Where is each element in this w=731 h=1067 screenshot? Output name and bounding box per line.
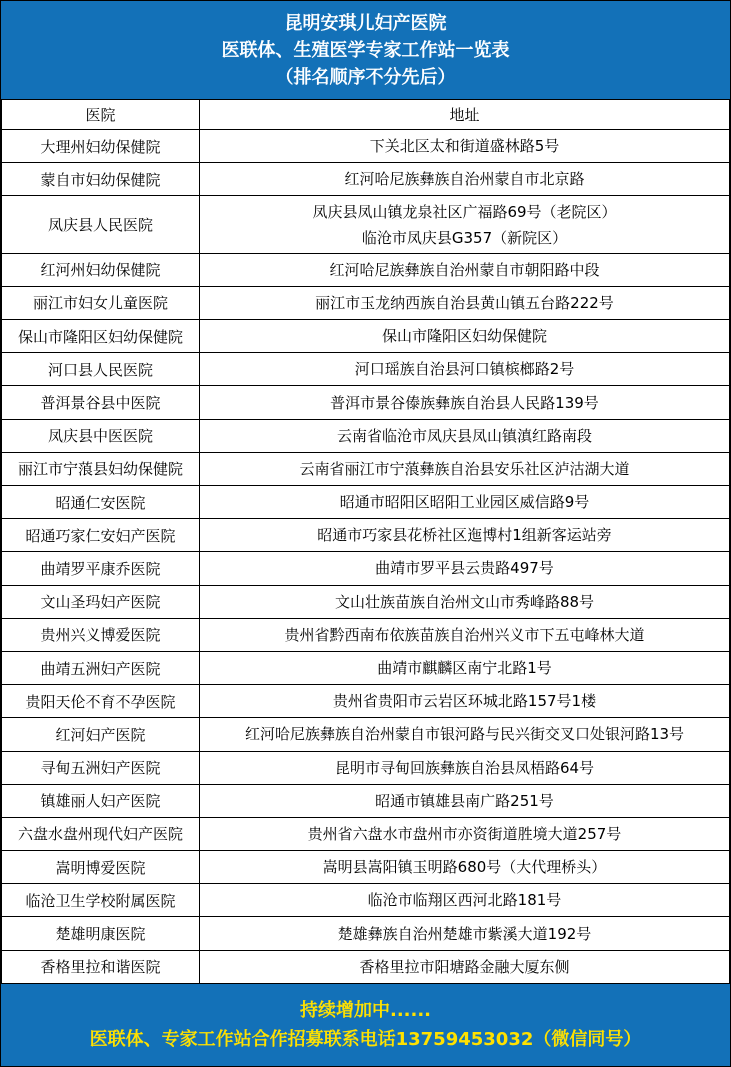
table-row: 楚雄明康医院楚雄彝族自治州楚雄市紫溪大道192号 xyxy=(2,917,730,950)
hospital-cell: 嵩明博爱医院 xyxy=(2,851,200,884)
address-cell: 红河哈尼族彝族自治州蒙自市银河路与民兴街交叉口处银河路13号 xyxy=(200,718,730,751)
hospital-cell: 蒙自市妇幼保健院 xyxy=(2,163,200,196)
table-row: 曲靖五洲妇产医院曲靖市麒麟区南宁北路1号 xyxy=(2,651,730,684)
hospital-cell: 红河州妇幼保健院 xyxy=(2,253,200,286)
column-header-address: 地址 xyxy=(200,100,730,130)
hospital-cell: 曲靖五洲妇产医院 xyxy=(2,651,200,684)
footer-line-2: 医联体、专家工作站合作招募联系电话13759453032（微信同号） xyxy=(1,1025,730,1054)
poster-title-line-2: 医联体、生殖医学专家工作站一览表 xyxy=(1,37,730,64)
address-cell: 普洱市景谷傣族彝族自治县人民路139号 xyxy=(200,386,730,419)
address-line: 香格里拉市阳塘路金融大厦东侧 xyxy=(204,954,725,980)
table-row: 嵩明博爱医院嵩明县嵩阳镇玉明路680号（大代理桥头） xyxy=(2,851,730,884)
hospital-cell: 文山圣玛妇产医院 xyxy=(2,585,200,618)
table-row: 凤庆县中医医院云南省临沧市凤庆县凤山镇滇红路南段 xyxy=(2,419,730,452)
table-row: 凤庆县人民医院凤庆县凤山镇龙泉社区广福路69号（老院区）临沧市凤庆县G357（新… xyxy=(2,196,730,253)
table-row: 曲靖罗平康乔医院曲靖市罗平县云贵路497号 xyxy=(2,552,730,585)
table-row: 文山圣玛妇产医院文山壮族苗族自治州文山市秀峰路88号 xyxy=(2,585,730,618)
address-line: 昭通市镇雄县南广路251号 xyxy=(204,788,725,814)
address-line: 红河哈尼族彝族自治州蒙自市朝阳路中段 xyxy=(204,257,725,283)
address-cell: 昭通市巧家县花桥社区迤博村1组新客运站旁 xyxy=(200,519,730,552)
address-line: 普洱市景谷傣族彝族自治县人民路139号 xyxy=(204,390,725,416)
hospital-cell: 香格里拉和谐医院 xyxy=(2,950,200,983)
address-line: 红河哈尼族彝族自治州蒙自市北京路 xyxy=(204,166,725,192)
address-line: 昭通市昭阳区昭阳工业园区威信路9号 xyxy=(204,489,725,515)
table-row: 红河州妇幼保健院红河哈尼族彝族自治州蒙自市朝阳路中段 xyxy=(2,253,730,286)
address-line: 昆明市寻甸回族彝族自治县凤梧路64号 xyxy=(204,755,725,781)
address-line: 河口瑶族自治县河口镇槟榔路2号 xyxy=(204,356,725,382)
hospital-cell: 保山市隆阳区妇幼保健院 xyxy=(2,320,200,353)
hospital-cell: 曲靖罗平康乔医院 xyxy=(2,552,200,585)
table-row: 贵州兴义博爱医院贵州省黔西南布依族苗族自治州兴义市下五屯峰林大道 xyxy=(2,618,730,651)
column-header-hospital: 医院 xyxy=(2,100,200,130)
table-row: 寻甸五洲妇产医院昆明市寻甸回族彝族自治县凤梧路64号 xyxy=(2,751,730,784)
poster-title-line-1: 昆明安琪儿妇产医院 xyxy=(1,10,730,37)
hospital-cell: 河口县人民医院 xyxy=(2,353,200,386)
table-header-row: 医院 地址 xyxy=(2,100,730,130)
hospital-cell: 普洱景谷县中医院 xyxy=(2,386,200,419)
address-line: 曲靖市麒麟区南宁北路1号 xyxy=(204,655,725,681)
table-body: 大理州妇幼保健院下关北区太和街道盛林路5号蒙自市妇幼保健院红河哈尼族彝族自治州蒙… xyxy=(2,130,730,984)
address-cell: 贵州省贵阳市云岩区环城北路157号1楼 xyxy=(200,685,730,718)
address-cell: 红河哈尼族彝族自治州蒙自市北京路 xyxy=(200,163,730,196)
address-line: 贵州省贵阳市云岩区环城北路157号1楼 xyxy=(204,688,725,714)
address-cell: 文山壮族苗族自治州文山市秀峰路88号 xyxy=(200,585,730,618)
address-line: 保山市隆阳区妇幼保健院 xyxy=(204,323,725,349)
address-line: 丽江市玉龙纳西族自治县黄山镇五台路222号 xyxy=(204,290,725,316)
address-cell: 贵州省黔西南布依族苗族自治州兴义市下五屯峰林大道 xyxy=(200,618,730,651)
hospital-cell: 红河妇产医院 xyxy=(2,718,200,751)
address-line: 贵州省黔西南布依族苗族自治州兴义市下五屯峰林大道 xyxy=(204,622,725,648)
table-row: 丽江市妇女儿童医院丽江市玉龙纳西族自治县黄山镇五台路222号 xyxy=(2,286,730,319)
address-cell: 嵩明县嵩阳镇玉明路680号（大代理桥头） xyxy=(200,851,730,884)
hospital-cell: 凤庆县人民医院 xyxy=(2,196,200,253)
table-row: 六盘水盘州现代妇产医院贵州省六盘水市盘州市亦资街道胜境大道257号 xyxy=(2,817,730,850)
hospital-cell: 楚雄明康医院 xyxy=(2,917,200,950)
table-row: 保山市隆阳区妇幼保健院保山市隆阳区妇幼保健院 xyxy=(2,320,730,353)
table-row: 昭通仁安医院昭通市昭阳区昭阳工业园区威信路9号 xyxy=(2,486,730,519)
address-line: 临沧市临翔区西河北路181号 xyxy=(204,887,725,913)
address-line: 临沧市凤庆县G357（新院区） xyxy=(204,225,725,251)
address-cell: 红河哈尼族彝族自治州蒙自市朝阳路中段 xyxy=(200,253,730,286)
table-row: 临沧卫生学校附属医院临沧市临翔区西河北路181号 xyxy=(2,884,730,917)
address-cell: 下关北区太和街道盛林路5号 xyxy=(200,130,730,163)
hospital-cell: 临沧卫生学校附属医院 xyxy=(2,884,200,917)
table-row: 昭通巧家仁安妇产医院昭通市巧家县花桥社区迤博村1组新客运站旁 xyxy=(2,519,730,552)
hospital-table: 医院 地址 大理州妇幼保健院下关北区太和街道盛林路5号蒙自市妇幼保健院红河哈尼族… xyxy=(1,99,730,984)
address-cell: 贵州省六盘水市盘州市亦资街道胜境大道257号 xyxy=(200,817,730,850)
hospital-cell: 六盘水盘州现代妇产医院 xyxy=(2,817,200,850)
table-row: 镇雄丽人妇产医院昭通市镇雄县南广路251号 xyxy=(2,784,730,817)
address-cell: 河口瑶族自治县河口镇槟榔路2号 xyxy=(200,353,730,386)
hospital-cell: 昭通仁安医院 xyxy=(2,486,200,519)
address-line: 曲靖市罗平县云贵路497号 xyxy=(204,555,725,581)
address-line: 红河哈尼族彝族自治州蒙自市银河路与民兴街交叉口处银河路13号 xyxy=(204,721,725,747)
address-cell: 云南省丽江市宁蒗彝族自治县安乐社区泸沽湖大道 xyxy=(200,452,730,485)
table-row: 香格里拉和谐医院香格里拉市阳塘路金融大厦东侧 xyxy=(2,950,730,983)
address-cell: 丽江市玉龙纳西族自治县黄山镇五台路222号 xyxy=(200,286,730,319)
address-line: 凤庆县凤山镇龙泉社区广福路69号（老院区） xyxy=(204,199,725,225)
address-line: 云南省丽江市宁蒗彝族自治县安乐社区泸沽湖大道 xyxy=(204,456,725,482)
address-line: 嵩明县嵩阳镇玉明路680号（大代理桥头） xyxy=(204,854,725,880)
poster-footer: 持续增加中...... 医联体、专家工作站合作招募联系电话13759453032… xyxy=(1,984,730,1066)
hospital-cell: 丽江市妇女儿童医院 xyxy=(2,286,200,319)
table-row: 蒙自市妇幼保健院红河哈尼族彝族自治州蒙自市北京路 xyxy=(2,163,730,196)
address-cell: 香格里拉市阳塘路金融大厦东侧 xyxy=(200,950,730,983)
address-cell: 凤庆县凤山镇龙泉社区广福路69号（老院区）临沧市凤庆县G357（新院区） xyxy=(200,196,730,253)
hospital-cell: 寻甸五洲妇产医院 xyxy=(2,751,200,784)
hospital-cell: 大理州妇幼保健院 xyxy=(2,130,200,163)
table-row: 红河妇产医院红河哈尼族彝族自治州蒙自市银河路与民兴街交叉口处银河路13号 xyxy=(2,718,730,751)
hospital-cell: 凤庆县中医医院 xyxy=(2,419,200,452)
address-line: 云南省临沧市凤庆县凤山镇滇红路南段 xyxy=(204,423,725,449)
address-cell: 曲靖市麒麟区南宁北路1号 xyxy=(200,651,730,684)
address-cell: 临沧市临翔区西河北路181号 xyxy=(200,884,730,917)
address-cell: 楚雄彝族自治州楚雄市紫溪大道192号 xyxy=(200,917,730,950)
table-header: 医院 地址 xyxy=(2,100,730,130)
poster-title-line-3: （排名顺序不分先后） xyxy=(1,64,730,91)
table-row: 贵阳天伦不育不孕医院贵州省贵阳市云岩区环城北路157号1楼 xyxy=(2,685,730,718)
table-row: 普洱景谷县中医院普洱市景谷傣族彝族自治县人民路139号 xyxy=(2,386,730,419)
address-line: 楚雄彝族自治州楚雄市紫溪大道192号 xyxy=(204,921,725,947)
hospital-cell: 昭通巧家仁安妇产医院 xyxy=(2,519,200,552)
table-row: 丽江市宁蒗县妇幼保健院云南省丽江市宁蒗彝族自治县安乐社区泸沽湖大道 xyxy=(2,452,730,485)
hospital-cell: 镇雄丽人妇产医院 xyxy=(2,784,200,817)
address-cell: 昭通市镇雄县南广路251号 xyxy=(200,784,730,817)
address-cell: 昆明市寻甸回族彝族自治县凤梧路64号 xyxy=(200,751,730,784)
hospital-cell: 贵阳天伦不育不孕医院 xyxy=(2,685,200,718)
table-row: 大理州妇幼保健院下关北区太和街道盛林路5号 xyxy=(2,130,730,163)
address-cell: 云南省临沧市凤庆县凤山镇滇红路南段 xyxy=(200,419,730,452)
address-line: 昭通市巧家县花桥社区迤博村1组新客运站旁 xyxy=(204,522,725,548)
address-line: 文山壮族苗族自治州文山市秀峰路88号 xyxy=(204,589,725,615)
address-cell: 昭通市昭阳区昭阳工业园区威信路9号 xyxy=(200,486,730,519)
table-row: 河口县人民医院河口瑶族自治县河口镇槟榔路2号 xyxy=(2,353,730,386)
address-line: 贵州省六盘水市盘州市亦资街道胜境大道257号 xyxy=(204,821,725,847)
footer-line-1: 持续增加中...... xyxy=(1,996,730,1025)
address-line: 下关北区太和街道盛林路5号 xyxy=(204,133,725,159)
address-cell: 曲靖市罗平县云贵路497号 xyxy=(200,552,730,585)
hospital-list-poster: 昆明安琪儿妇产医院 医联体、生殖医学专家工作站一览表 （排名顺序不分先后） 医院… xyxy=(0,0,731,1067)
hospital-cell: 贵州兴义博爱医院 xyxy=(2,618,200,651)
hospital-cell: 丽江市宁蒗县妇幼保健院 xyxy=(2,452,200,485)
address-cell: 保山市隆阳区妇幼保健院 xyxy=(200,320,730,353)
poster-header: 昆明安琪儿妇产医院 医联体、生殖医学专家工作站一览表 （排名顺序不分先后） xyxy=(1,1,730,99)
